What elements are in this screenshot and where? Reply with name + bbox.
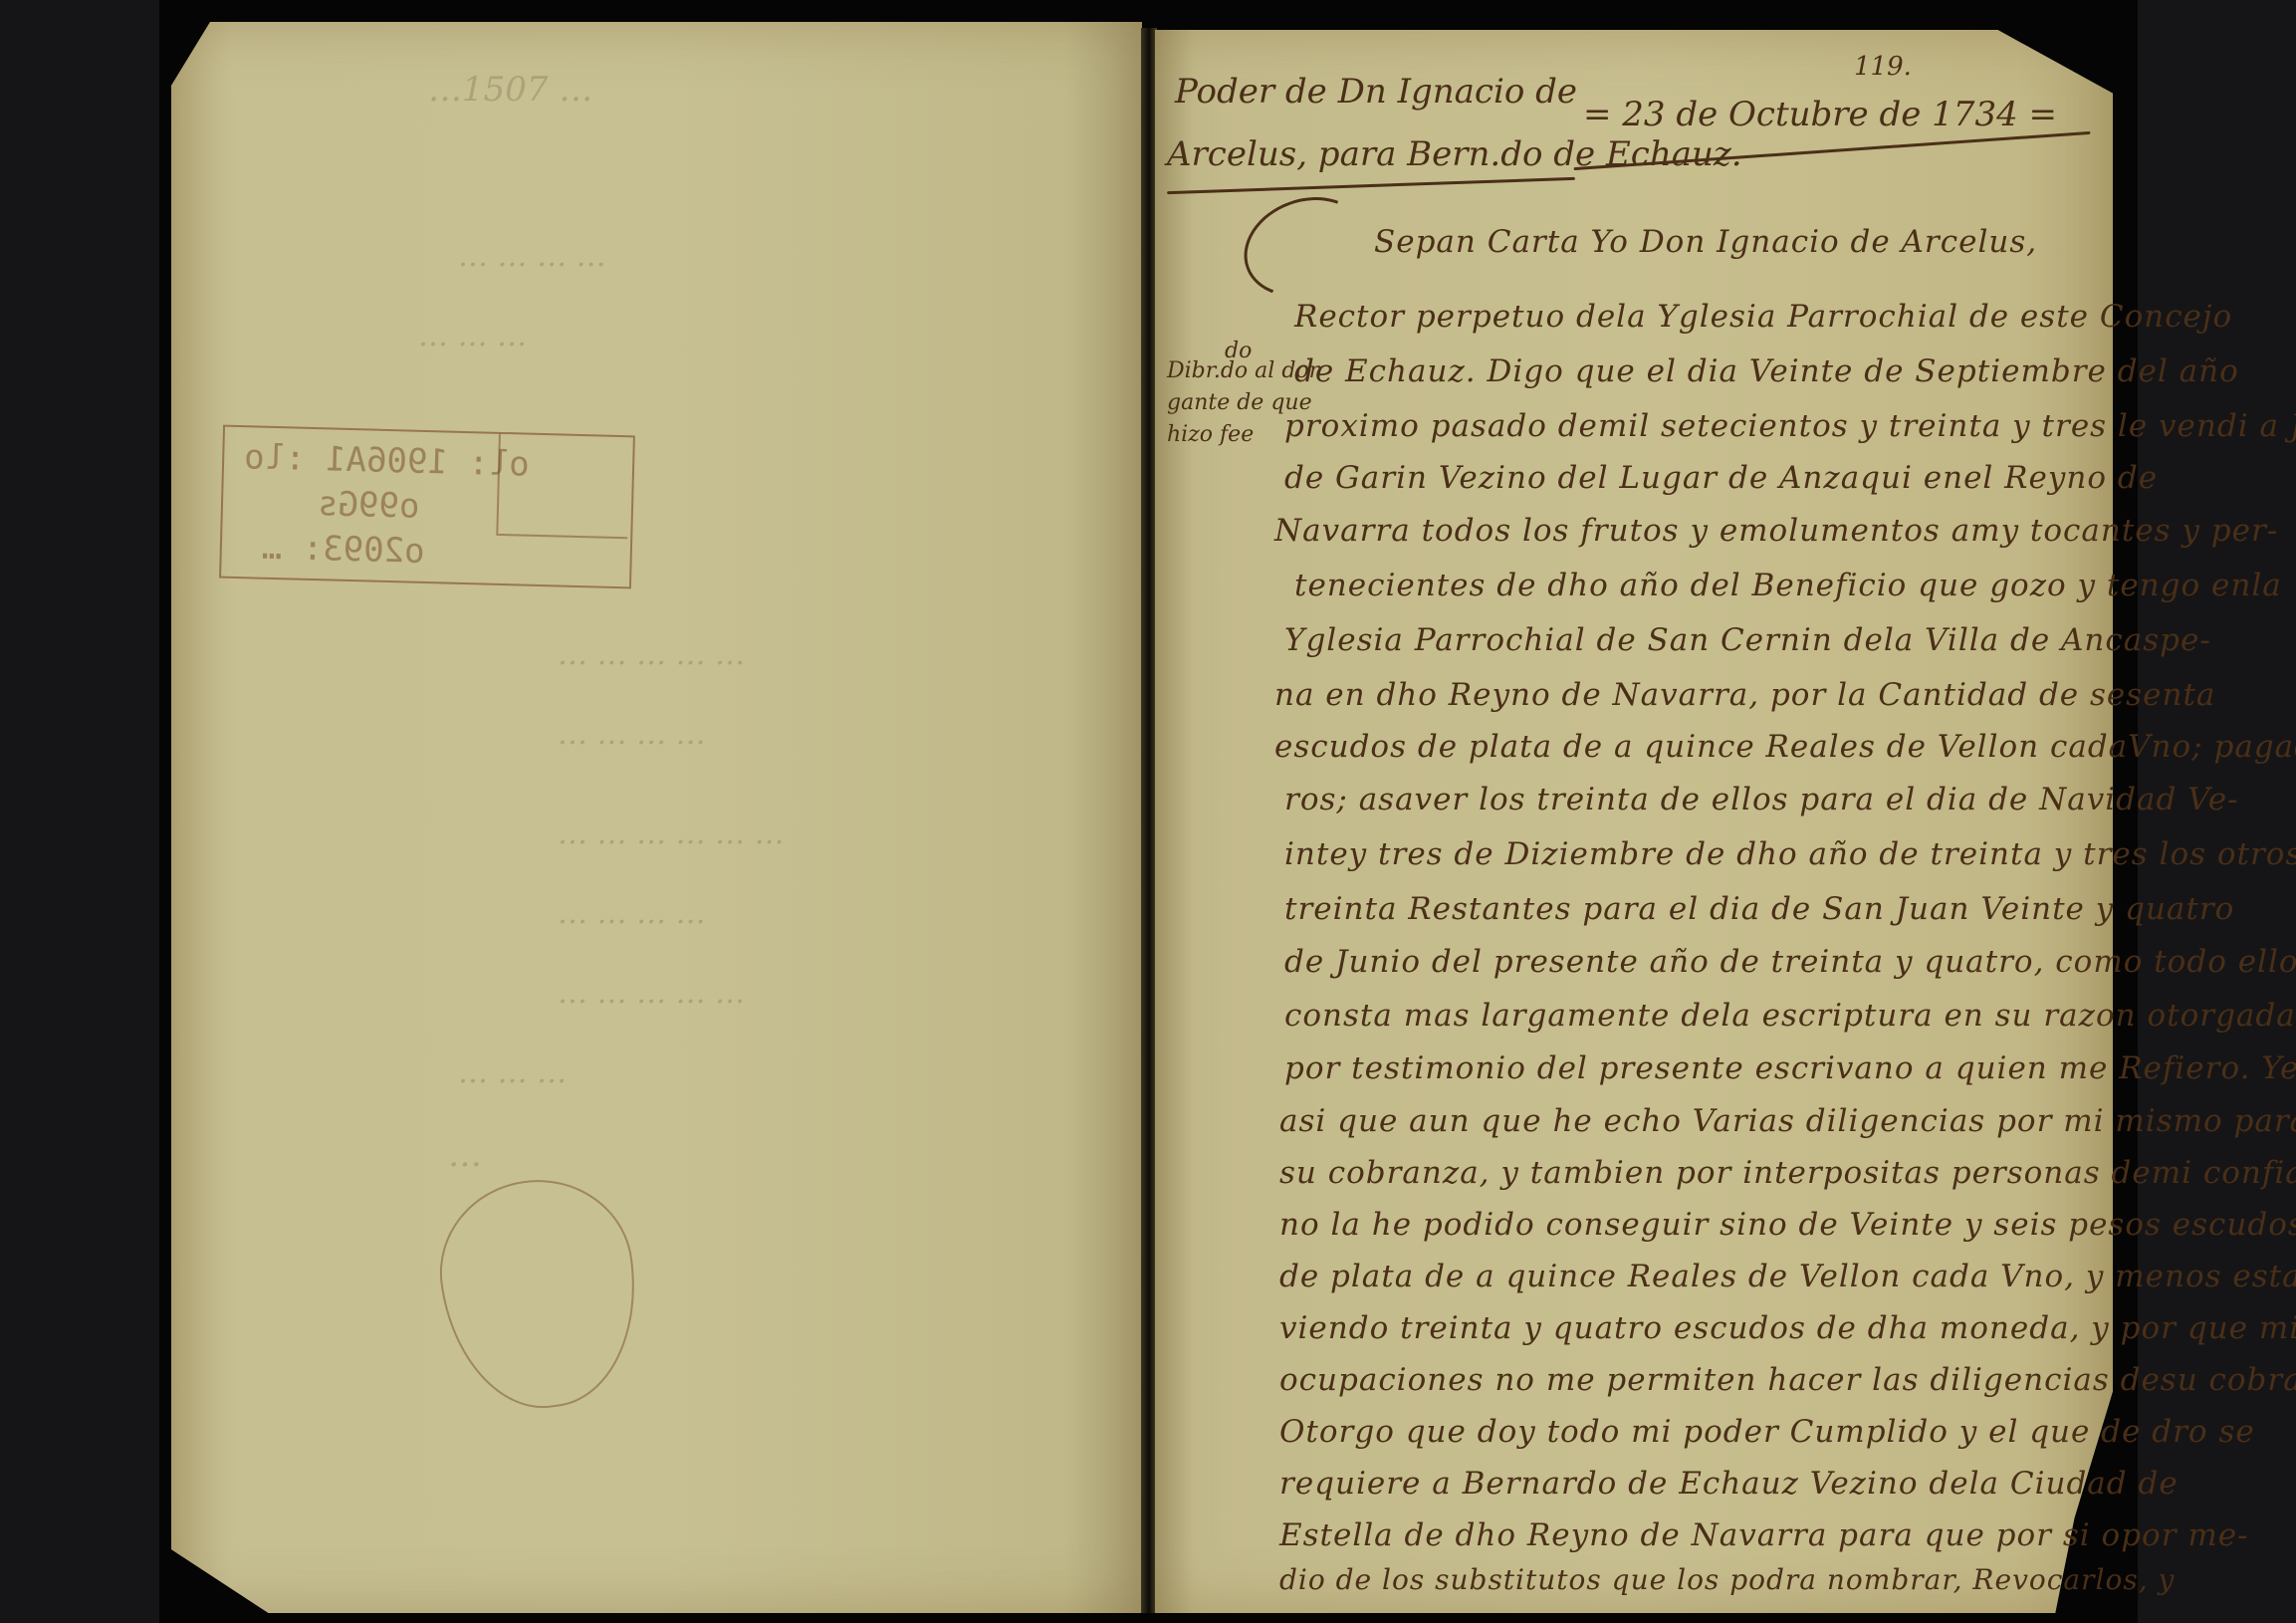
archive-stamp: ol: 1906A1 :lo o99Gs o2093: … xyxy=(219,425,635,589)
faint-line: … … … … … … xyxy=(558,816,785,851)
body-line: viendo treinta y quatro escudos de dha m… xyxy=(1279,1310,2296,1346)
body-line: Yglesia Parrochial de San Cernin dela Vi… xyxy=(1284,622,2211,658)
heading-date: = 23 de Octubre de 1734 = xyxy=(1583,95,2057,134)
body-line: Rector perpetuo dela Yglesia Parrochial … xyxy=(1294,299,2232,335)
faint-line: … … … xyxy=(458,1055,567,1090)
stamp-row: ol: 1906A1 :lo xyxy=(244,437,531,484)
body-line: de Echauz. Digo que el dia Veinte de Sep… xyxy=(1294,353,2239,389)
left-page-bleed-header: …1507 … xyxy=(428,70,592,110)
body-line: tenecientes de dho año del Beneficio que… xyxy=(1294,568,2282,603)
body-line: Estella de dho Reyno de Navarra para que… xyxy=(1279,1517,2249,1553)
body-line: su cobranza, y tambien por interpositas … xyxy=(1279,1155,2296,1191)
body-line: Navarra todos los frutos y emolumentos a… xyxy=(1274,513,2278,549)
book-gutter xyxy=(1141,28,1157,1613)
body-line: intey tres de Diziembre de dho año de tr… xyxy=(1284,836,2296,872)
body-line: Sepan Carta Yo Don Ignacio de Arcelus, xyxy=(1374,224,2037,260)
body-line: Otorgo que doy todo mi poder Cumplido y … xyxy=(1279,1414,2255,1450)
body-line: dio de los substitutos que los podra nom… xyxy=(1279,1563,2175,1596)
faint-line: … … … … xyxy=(558,717,706,752)
stamp-row: o2093: … xyxy=(261,528,425,572)
heading-line-2: Arcelus, para Bern.do de Echauz. xyxy=(1167,134,1742,174)
body-line: de plata de a quince Reales de Vellon ca… xyxy=(1279,1259,2296,1294)
margin-note: hizo fee xyxy=(1167,422,1254,447)
faint-line: … … … … xyxy=(558,896,706,931)
body-line: por testimonio del presente escrivano a … xyxy=(1284,1050,2296,1086)
body-line: proximo pasado demil setecientos y trein… xyxy=(1284,408,2296,444)
stamp-row: o99Gs xyxy=(318,484,420,527)
body-line: de Junio del presente año de treinta y q… xyxy=(1284,944,2296,980)
body-line: asi que aun que he echo Varias diligenci… xyxy=(1279,1103,2296,1139)
body-line: ros; asaver los treinta de ellos para el… xyxy=(1284,782,2239,817)
faint-line: … … … … xyxy=(458,239,606,274)
signature-flourish: … xyxy=(448,1135,482,1175)
heading-line-1: Poder de Dn Ignacio de xyxy=(1175,72,1577,112)
folio-number: 119. xyxy=(1854,52,1912,82)
body-line: requiere a Bernardo de Echauz Vezino del… xyxy=(1279,1466,2179,1502)
body-line: na en dho Reyno de Navarra, por la Canti… xyxy=(1274,677,2215,713)
body-line: treinta Restantes para el dia de San Jua… xyxy=(1284,891,2234,927)
body-line: no la he podido conseguir sino de Veinte… xyxy=(1279,1207,2296,1243)
faint-line: … … … … … xyxy=(558,637,745,672)
faint-line: … … … xyxy=(418,319,527,353)
body-line: de Garin Vezino del Lugar de Anzaqui ene… xyxy=(1284,460,2158,496)
body-line: consta mas largamente dela escriptura en… xyxy=(1284,998,2296,1034)
faint-line: … … … … … xyxy=(558,976,745,1011)
body-line: ocupaciones no me permiten hacer las dil… xyxy=(1279,1362,2296,1398)
body-line: escudos de plata de a quince Reales de V… xyxy=(1274,729,2296,765)
